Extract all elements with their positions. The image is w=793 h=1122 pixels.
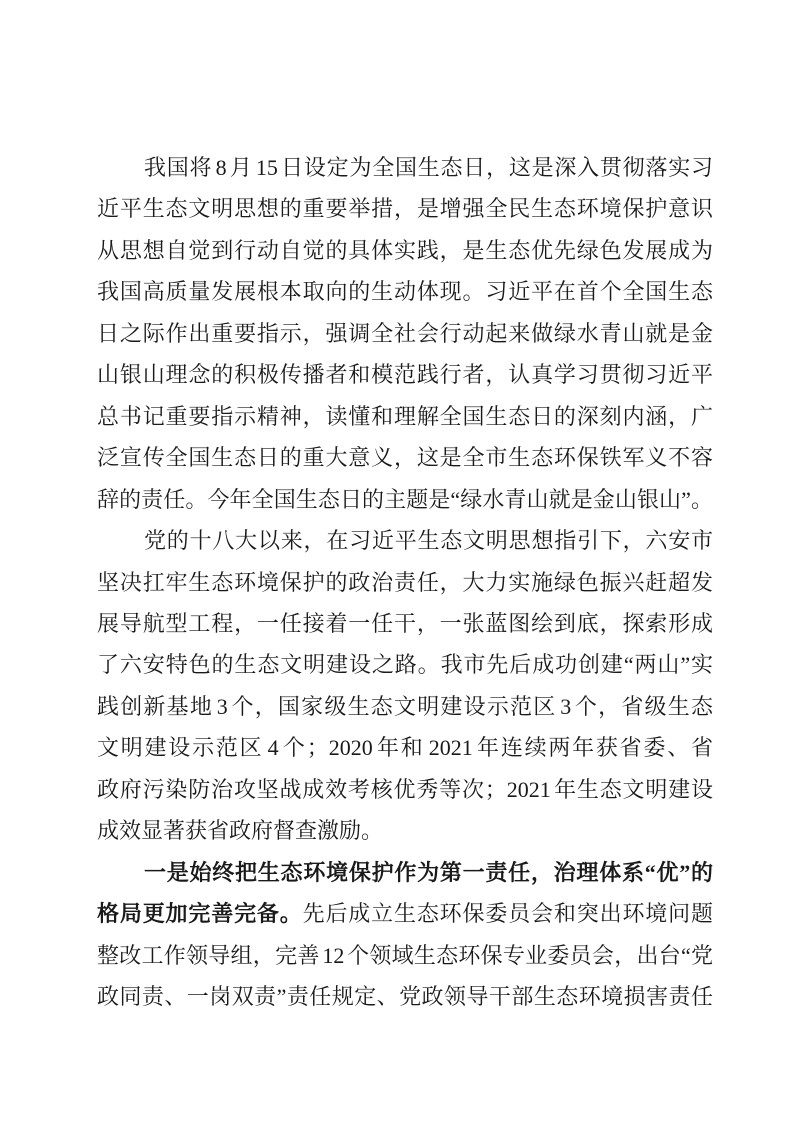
text-line: 山银山理念的积极传播者和模范践行者，认真学习贯彻习近平 (97, 354, 713, 395)
text-line: 整改工作领导组，完善 12 个领域生态环保专业委员会，出台“党 (97, 935, 713, 976)
text-line: 我国将 8 月 15 日设定为全国生态日，这是深入贯彻落实习 (97, 147, 713, 188)
text-line: 总书记重要指示精神，读懂和理解全国生态日的深刻内涵，广 (97, 396, 713, 437)
text-line: 我国高质量发展根本取向的生动体现。习近平在首个全国生态 (97, 271, 713, 312)
text-line: 展导航型工程，一任接着一任干，一张蓝图绘到底，探索形成 (97, 603, 713, 644)
body-text: 山银山理念的积极传播者和模范践行者，认真学习贯彻习近平 (97, 362, 713, 387)
document-page: 我国将 8 月 15 日设定为全国生态日，这是深入贯彻落实习近平生态文明思想的重… (0, 0, 793, 1122)
text-line: 日之际作出重要指示，强调全社会行动起来做绿水青山就是金 (97, 313, 713, 354)
body-text: 总书记重要指示精神，读懂和理解全国生态日的深刻内涵，广 (97, 404, 713, 429)
text-line: 文明建设示范区 4 个；2020 年和 2021 年连续两年获省委、省 (97, 727, 713, 768)
body-text: 我国将 8 月 15 日设定为全国生态日，这是深入贯彻落实习 (144, 155, 713, 180)
document-body: 我国将 8 月 15 日设定为全国生态日，这是深入贯彻落实习近平生态文明思想的重… (97, 147, 713, 1018)
text-line: 践创新基地 3 个，国家级生态文明建设示范区 3 个，省级生态 (97, 686, 713, 727)
text-line: 辞的责任。今年全国生态日的主题是“绿水青山就是金山银山”。 (97, 479, 713, 520)
body-text: 我国高质量发展根本取向的生动体现。习近平在首个全国生态 (97, 279, 713, 304)
text-line: 政同责、一岗双责”责任规定、党政领导干部生态环境损害责任 (97, 976, 713, 1017)
text-line: 坚决扛牢生态环境保护的政治责任，大力实施绿色振兴赶超发 (97, 562, 713, 603)
text-line: 泛宣传全国生态日的重大意义，这是全市生态环保铁军义不容 (97, 437, 713, 478)
body-text: 日之际作出重要指示，强调全社会行动起来做绿水青山就是金 (97, 321, 713, 346)
text-line: 格局更加完善完备。先后成立生态环保委员会和突出环境问题 (97, 893, 713, 934)
body-text: 泛宣传全国生态日的重大意义，这是全市生态环保铁军义不容 (97, 445, 713, 470)
body-text: 政府污染防治攻坚战成效考核优秀等次；2021 年生态文明建设 (97, 777, 713, 802)
paragraph-1: 我国将 8 月 15 日设定为全国生态日，这是深入贯彻落实习近平生态文明思想的重… (97, 147, 713, 520)
text-line: 政府污染防治攻坚战成效考核优秀等次；2021 年生态文明建设 (97, 769, 713, 810)
body-text: 从思想自觉到行动自觉的具体实践，是生态优先绿色发展成为 (97, 238, 713, 263)
body-text: 展导航型工程，一任接着一任干，一张蓝图绘到底，探索形成 (97, 611, 713, 636)
text-line: 成效显著获省政府督查激励。 (97, 810, 713, 851)
body-text: 了六安特色的生态文明建设之路。我市先后成功创建“两山”实 (97, 652, 713, 677)
body-text: 近平生态文明思想的重要举措，是增强全民生态环境保护意识 (97, 196, 713, 221)
text-line: 近平生态文明思想的重要举措，是增强全民生态环境保护意识 (97, 188, 713, 229)
text-line: 党的十八大以来，在习近平生态文明思想指引下，六安市 (97, 520, 713, 561)
body-text: 成效显著获省政府督查激励。 (97, 818, 383, 843)
body-text: 文明建设示范区 4 个；2020 年和 2021 年连续两年获省委、省 (97, 735, 713, 760)
bold-text: 格局更加完善完备。 (97, 901, 303, 926)
body-text: 整改工作领导组，完善 12 个领域生态环保专业委员会，出台“党 (97, 943, 713, 968)
text-line: 一是始终把生态环境保护作为第一责任，治理体系“优”的 (97, 852, 713, 893)
paragraph-2: 党的十八大以来，在习近平生态文明思想指引下，六安市坚决扛牢生态环境保护的政治责任… (97, 520, 713, 852)
body-text: 践创新基地 3 个，国家级生态文明建设示范区 3 个，省级生态 (97, 694, 713, 719)
paragraph-3: 一是始终把生态环境保护作为第一责任，治理体系“优”的格局更加完善完备。先后成立生… (97, 852, 713, 1018)
body-text: 坚决扛牢生态环境保护的政治责任，大力实施绿色振兴赶超发 (97, 570, 713, 595)
body-text: 辞的责任。今年全国生态日的主题是“绿水青山就是金山银山”。 (97, 487, 713, 512)
body-text: 先后成立生态环保委员会和突出环境问题 (303, 901, 713, 926)
body-text: 党的十八大以来，在习近平生态文明思想指引下，六安市 (144, 528, 713, 553)
text-line: 了六安特色的生态文明建设之路。我市先后成功创建“两山”实 (97, 644, 713, 685)
body-text: 政同责、一岗双责”责任规定、党政领导干部生态环境损害责任 (97, 984, 713, 1009)
text-line: 从思想自觉到行动自觉的具体实践，是生态优先绿色发展成为 (97, 230, 713, 271)
bold-text: 一是始终把生态环境保护作为第一责任，治理体系“优”的 (144, 860, 713, 885)
